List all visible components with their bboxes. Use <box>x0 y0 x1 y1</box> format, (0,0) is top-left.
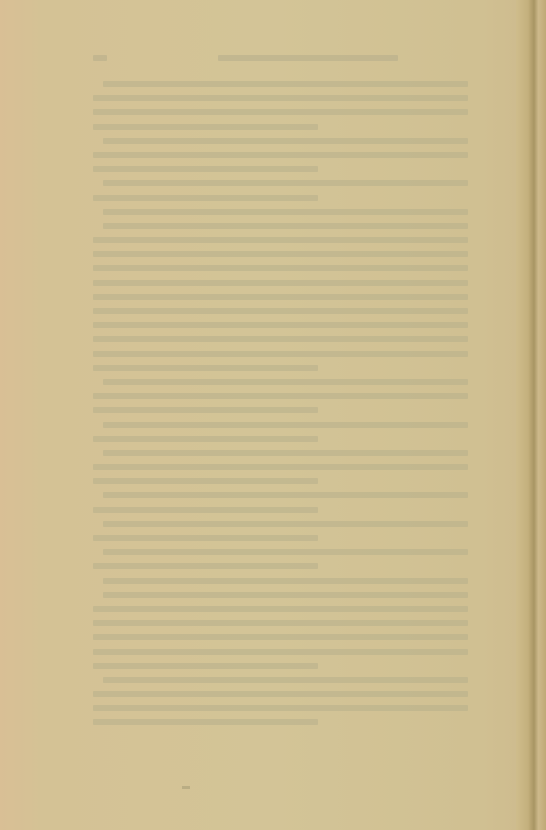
text-line <box>103 521 468 527</box>
text-line <box>93 365 318 371</box>
text-line <box>93 124 318 130</box>
text-line <box>93 649 468 655</box>
text-line <box>93 166 318 172</box>
running-title <box>218 55 398 61</box>
text-line <box>93 109 468 115</box>
text-line <box>93 563 318 569</box>
text-line <box>103 379 468 385</box>
text-line <box>93 280 468 286</box>
text-line <box>93 237 468 243</box>
text-line <box>103 450 468 456</box>
text-line <box>103 549 468 555</box>
text-line <box>93 152 468 158</box>
text-line <box>93 251 468 257</box>
text-line <box>103 223 468 229</box>
text-line <box>93 436 318 442</box>
text-line <box>93 606 468 612</box>
text-line <box>93 507 318 513</box>
signature-mark <box>182 786 190 789</box>
text-line <box>103 492 468 498</box>
text-block <box>93 55 468 734</box>
body-text <box>93 81 468 725</box>
text-line <box>93 464 468 470</box>
text-line <box>93 663 318 669</box>
text-line <box>93 634 468 640</box>
text-line <box>93 308 468 314</box>
text-line <box>103 138 468 144</box>
text-line <box>93 322 468 328</box>
text-line <box>93 407 318 413</box>
text-line <box>93 620 468 626</box>
text-line <box>103 209 468 215</box>
scanned-page <box>0 0 546 830</box>
text-line <box>93 705 468 711</box>
text-line <box>103 592 468 598</box>
text-line <box>93 351 468 357</box>
text-line <box>93 336 468 342</box>
text-line <box>103 81 468 87</box>
text-line <box>103 578 468 584</box>
text-line <box>93 478 318 484</box>
page-gutter-edge <box>516 0 546 830</box>
text-line <box>93 294 468 300</box>
text-line <box>93 195 318 201</box>
text-line <box>93 691 468 697</box>
text-line <box>103 422 468 428</box>
text-line <box>93 265 468 271</box>
text-line <box>93 95 468 101</box>
text-line <box>93 719 318 725</box>
page-number <box>93 55 107 61</box>
text-line <box>103 180 468 186</box>
text-line <box>93 535 318 541</box>
text-line <box>93 393 468 399</box>
text-line <box>103 677 468 683</box>
running-header <box>93 55 468 67</box>
